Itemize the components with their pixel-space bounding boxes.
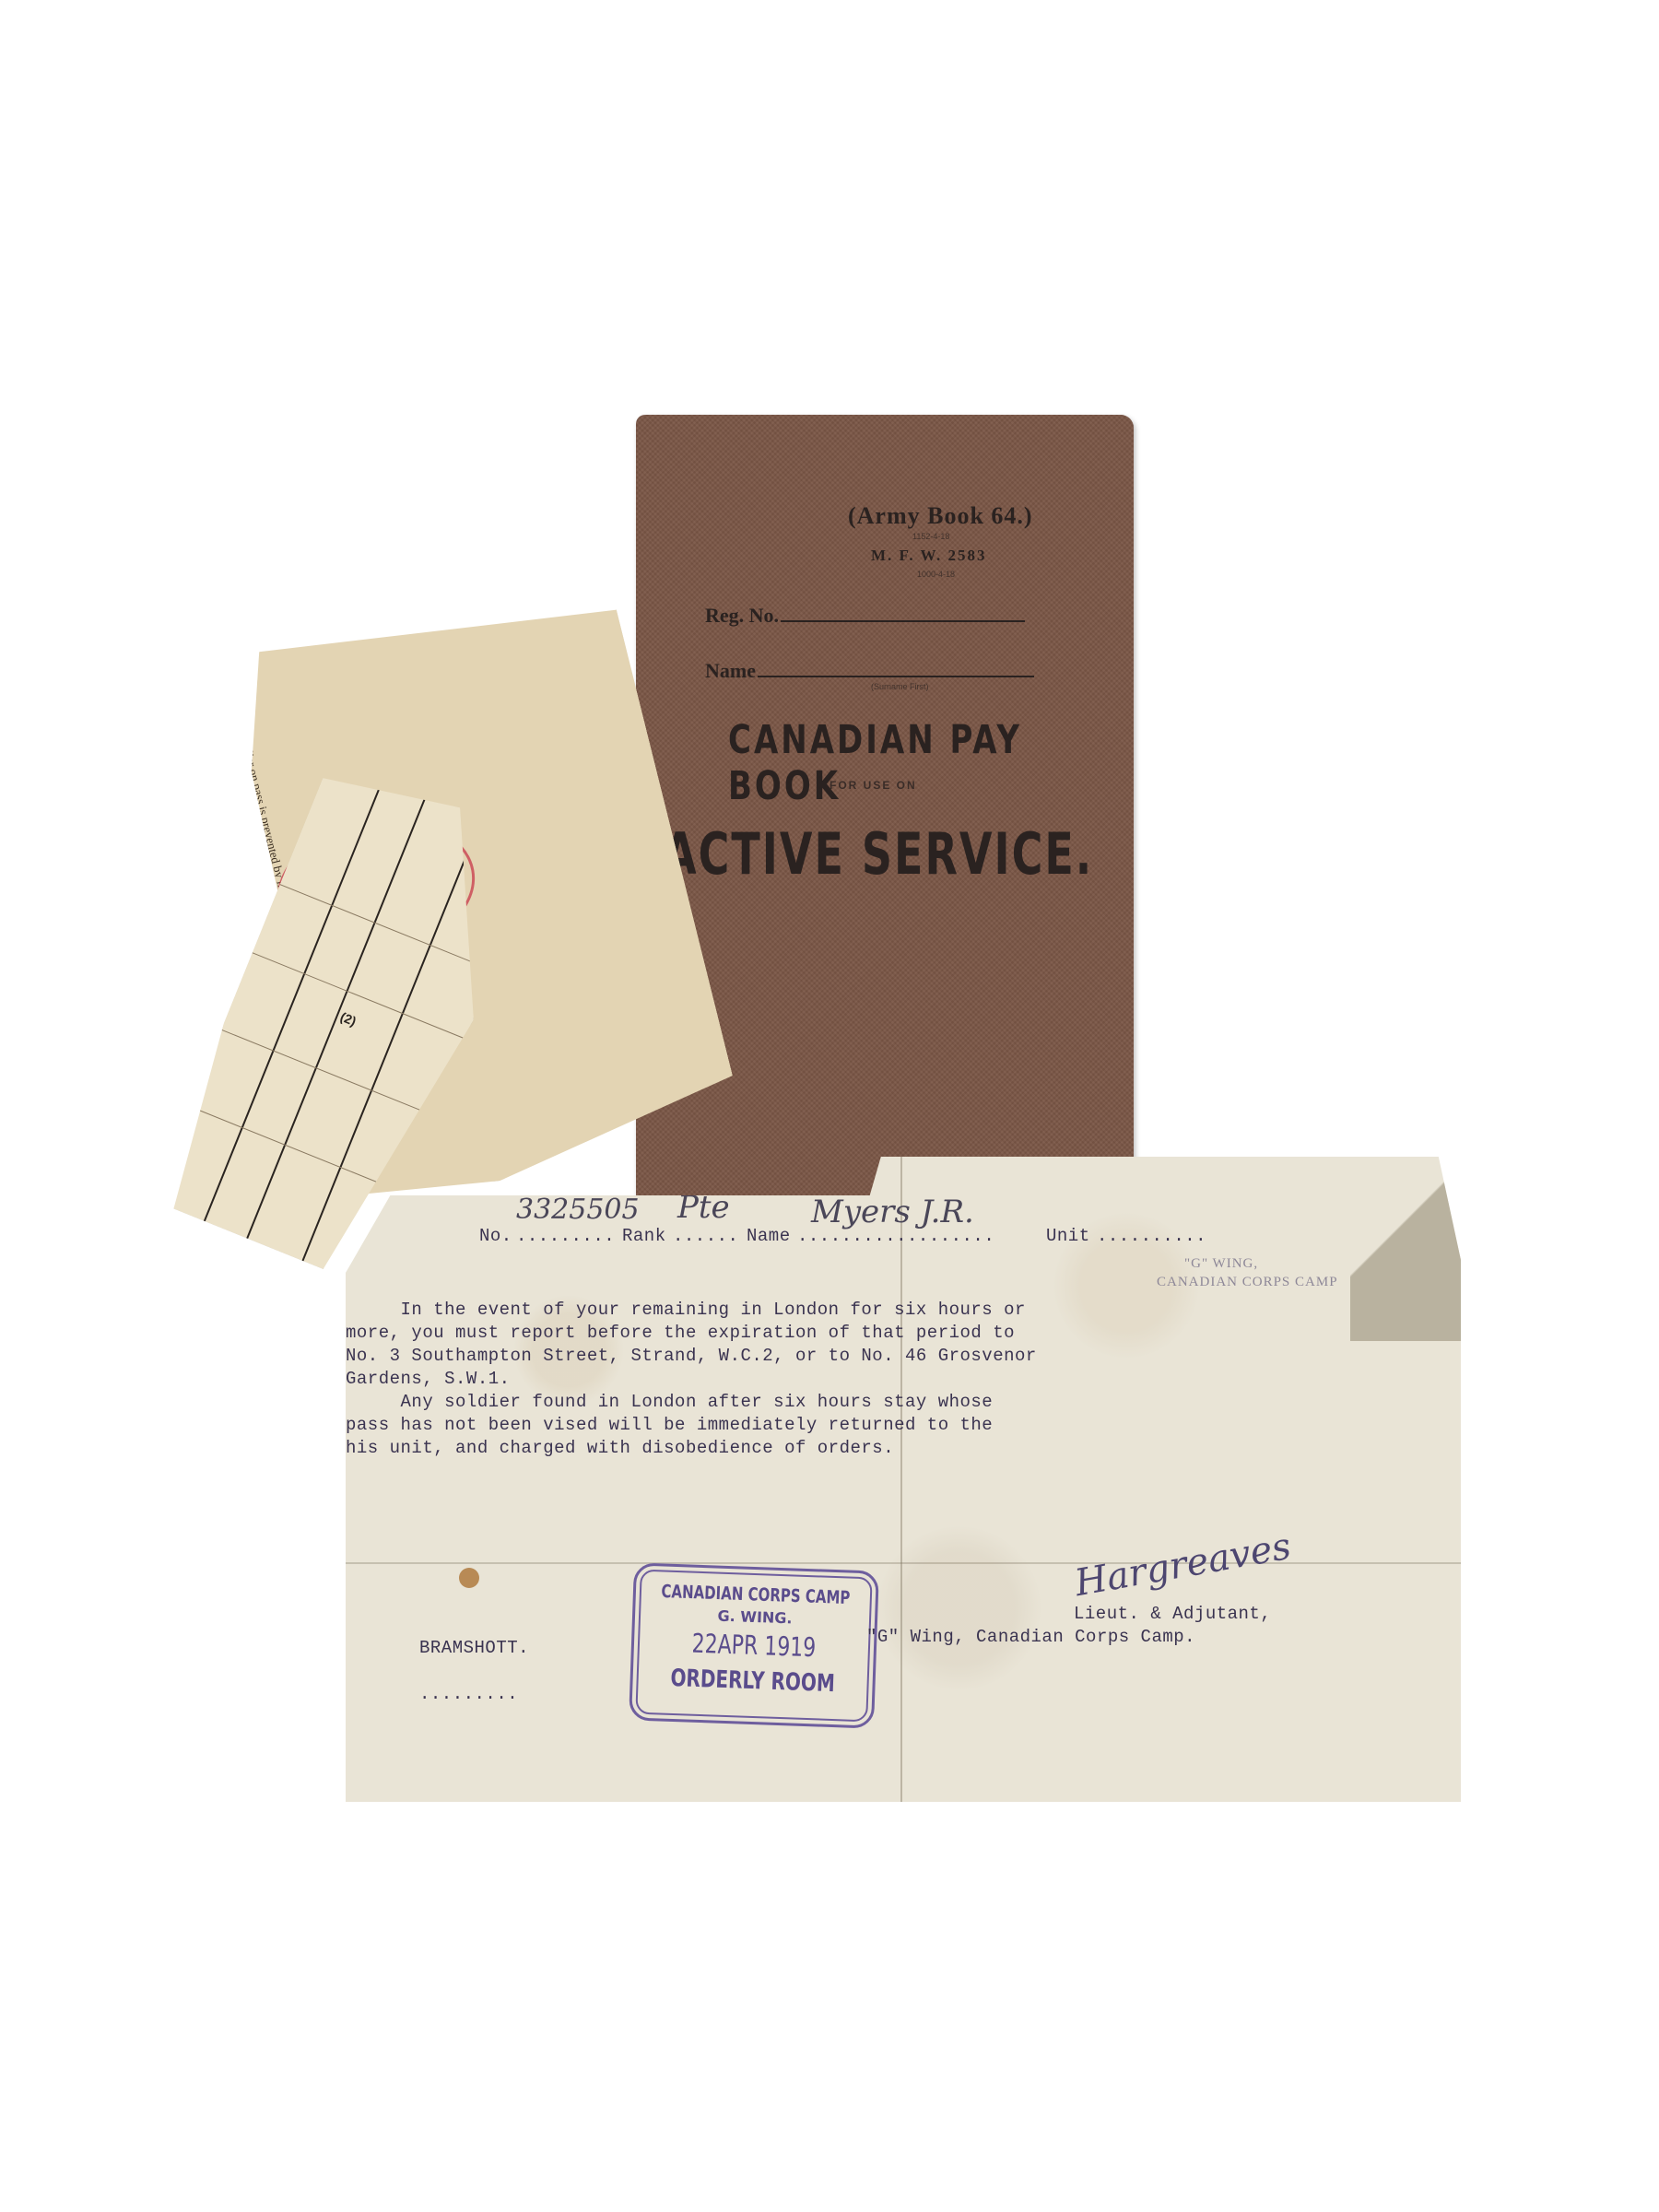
name-field: Name	[705, 659, 1034, 683]
body-line: pass has not been vised will be immediat…	[346, 1415, 993, 1435]
paper-fastener	[459, 1568, 479, 1588]
body-line: Any soldier found in London after six ho…	[346, 1392, 993, 1412]
destination-dots: .........	[419, 1684, 518, 1704]
soldier-name: Myers J.R.	[811, 1194, 974, 1230]
name-label: Name	[705, 659, 756, 683]
print-code-2: 1000-4-18	[917, 570, 955, 579]
signer-title: Lieut. & Adjutant,	[1074, 1604, 1271, 1624]
body-line: No. 3 Southampton Street, Strand, W.C.2,…	[346, 1346, 1037, 1366]
reg-no-field: Reg. No.	[705, 604, 1025, 628]
unit-label: Unit	[1046, 1226, 1090, 1246]
rank-label: Rank	[622, 1226, 666, 1246]
no-label: No.	[479, 1226, 512, 1246]
service-number: 3325505	[516, 1194, 640, 1226]
body-line: Gardens, S.W.1.	[346, 1369, 511, 1389]
table-rule	[221, 1030, 435, 1117]
name-label: Name	[747, 1226, 791, 1246]
body-line: his unit, and charged with disobedience …	[346, 1438, 894, 1458]
canadian-pay-book: (Army Book 64.) 1152-4-18 M. F. W. 2583 …	[636, 415, 1134, 1226]
active-service: ACTIVE SERVICE.	[664, 820, 1093, 888]
army-book-number: (Army Book 64.)	[848, 502, 1033, 530]
stamp-line4: ORDERLY ROOM	[632, 1662, 873, 1699]
for-use-on: FOR USE ON	[829, 779, 917, 792]
table-rule	[279, 884, 493, 971]
orderly-room-stamp: CANADIAN CORPS CAMP G. WING. 22APR 1919 …	[629, 1562, 879, 1728]
destination: BRAMSHOTT.	[419, 1638, 529, 1658]
signature: Hargreaves	[1072, 1525, 1294, 1605]
paybook-title: CANADIAN PAY BOOK	[728, 717, 1134, 809]
folded-corner	[1350, 1157, 1461, 1341]
reg-no-label: Reg. No.	[705, 604, 779, 628]
signer-unit: "G" Wing, Canadian Corps Camp.	[866, 1627, 1195, 1647]
fold-crease	[900, 1157, 902, 1802]
stamp-date: 22APR 1919	[633, 1628, 874, 1666]
table-rule	[301, 817, 483, 1262]
surname-hint: (Surname First)	[871, 682, 929, 691]
print-code: 1152-4-18	[912, 532, 949, 541]
body-line: more, you must report before the expirat…	[346, 1323, 1015, 1343]
table-rule	[252, 952, 465, 1040]
form-code: M. F. W. 2583	[871, 547, 987, 565]
table-rule	[190, 1106, 404, 1194]
typed-letter: No. ......... 3325505 Rank ...... Pte Na…	[346, 1157, 1461, 1802]
unit-stamp-line2: CANADIAN CORPS CAMP	[1157, 1275, 1338, 1290]
unit-stamp-line1: "G" WING,	[1184, 1256, 1258, 1272]
body-line: In the event of your remaining in London…	[346, 1300, 1026, 1320]
section-number: (2)	[338, 1009, 359, 1029]
